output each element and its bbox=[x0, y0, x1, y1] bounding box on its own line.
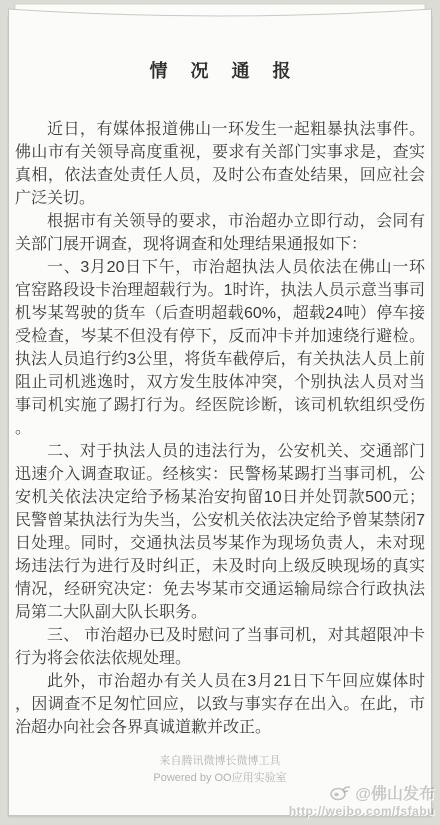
report-content: 情 况 通 报 近日，有媒体报道佛山一环发生一起粗暴执法事件。佛山市有关领导高度… bbox=[9, 58, 431, 787]
report-paragraph-item-3: 三、 市治超办已及时慰问了当事司机，对其超限冲卡行为将会依法依规处理。 bbox=[15, 624, 425, 670]
report-paragraph-apology: 此外，市治超办有关人员在3月21日下午回应媒体时，因调查不足匆忙回应，以致与事实… bbox=[15, 670, 425, 739]
report-paragraph-item-2: 二、对于执法人员的违法行为，公安机关、交通部门迅速介入调查取证。经核实：民警杨某… bbox=[15, 440, 425, 624]
weibo-account-url: http://weibo.com/fsfabu bbox=[289, 804, 435, 818]
long-weibo-image: { "report": { "title": "情 况 通 报", "parag… bbox=[0, 0, 440, 825]
tool-source-line: 来自腾讯微博长微博工具 bbox=[15, 753, 425, 770]
page-curl-decoration bbox=[8, 3, 432, 27]
weibo-watermark: @佛山发布 http://weibo.com/fsfabu bbox=[289, 781, 435, 818]
report-body: 近日，有媒体报道佛山一环发生一起粗暴执法事件。佛山市有关领导高度重视，要求有关部… bbox=[15, 118, 425, 739]
report-paragraph-intro: 近日，有媒体报道佛山一环发生一起粗暴执法事件。佛山市有关领导高度重视，要求有关部… bbox=[15, 118, 425, 210]
report-title: 情 况 通 报 bbox=[15, 58, 425, 84]
report-paragraph-directive: 根据市有关领导的要求，市治超办立即行动，会同有关部门展开调查，现将调查和处理结果… bbox=[15, 210, 425, 256]
report-paper: 情 况 通 报 近日，有媒体报道佛山一环发生一起粗暴执法事件。佛山市有关领导高度… bbox=[8, 14, 432, 816]
weibo-logo-icon bbox=[329, 784, 351, 801]
report-paragraph-item-1: 一、3月20日下午，市治超执法人员依法在佛山一环官窑路段设卡治理超载行为。1时许… bbox=[15, 256, 425, 440]
weibo-account-handle: @佛山发布 bbox=[355, 781, 435, 804]
